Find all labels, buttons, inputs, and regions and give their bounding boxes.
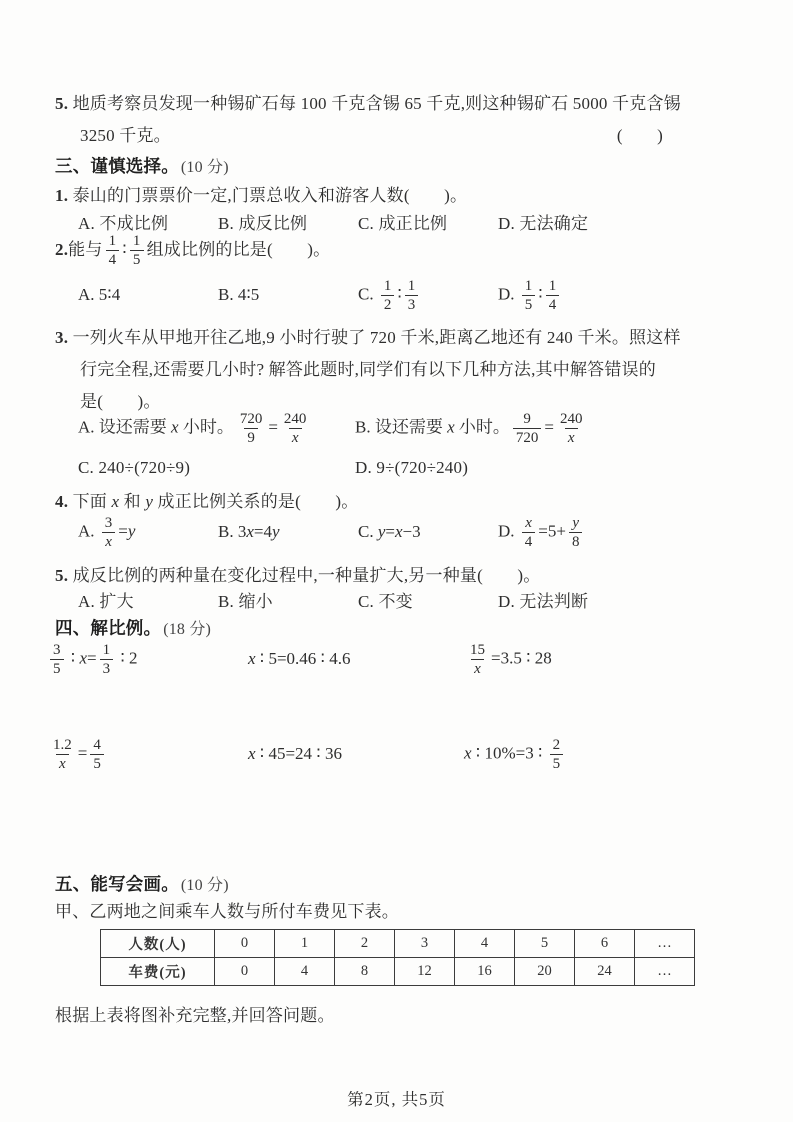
fraction: 15 [522,277,536,314]
equation-4: 1.2x=45 [47,736,248,773]
table-cell: 4 [455,930,515,958]
table-header-people: 人数(人) [101,930,215,958]
answer-bracket: ( ) [617,120,663,152]
choice-q3-line1: 3. 一列火车从甲地开往乙地,9 小时行驶了 720 千米,距离乙地还有 240… [55,322,737,354]
option-d: D. 15∶14 [498,277,737,314]
equation-6: x ∶ 10%=3 ∶ 25 [464,736,737,773]
table-cell: … [635,958,695,986]
option-b: B. 设还需要 x 小时。9720=240x [355,410,737,447]
section-5-title: 五、能写会画。 [55,874,179,894]
fare-table: 人数(人) 0 1 2 3 4 5 6 … 车费(元) 0 4 8 12 16 … [100,929,695,986]
section-3-score: (10 分) [181,159,229,176]
choice-q3-line2: 行完全程,还需要几小时? 解答此题时,同学们有以下几种方法,其中解答错误的 [80,354,737,386]
table-row-fare: 车费(元) 0 4 8 12 16 20 24 … [101,958,695,986]
option-a: A. 3x=y [78,514,218,551]
section-5-score: (10 分) [181,877,229,894]
fraction: 240x [557,410,586,447]
table-intro: 甲、乙两地之间乘车人数与所付车费见下表。 [55,896,737,928]
fraction: 12 [381,277,395,314]
fraction: y8 [569,514,583,551]
option-c: C. 240÷(720÷9) [78,452,355,484]
option-b: B. 4∶5 [218,285,358,305]
option-c: C. 12∶13 [358,277,498,314]
choice-q4-options: A. 3x=y B. 3x=4y C. y=x−3 D. x4=5+y8 [78,508,737,556]
option-a: A. 5∶4 [78,285,218,305]
worksheet-page: 5. 地质考察员发现一种锡矿石每 100 千克含锡 65 千克,则这种锡矿石 5… [0,0,793,1122]
judge-item-5-line2: 3250 千克。 ( ) [80,120,737,152]
fraction: 15 [130,232,144,269]
table-cell: 6 [575,930,635,958]
fraction: x4 [522,514,536,551]
fraction: 13 [100,641,114,678]
table-cell: … [635,930,695,958]
table-cell: 1 [275,930,335,958]
section-3-header: 三、谨慎选择。(10 分) [55,150,737,184]
equation-5: x ∶ 45=24 ∶ 36 [248,744,464,764]
fraction: 240x [281,410,310,447]
table-cell: 4 [275,958,335,986]
table-cell: 2 [335,930,395,958]
fraction: 35 [50,641,64,678]
judge-item-5-line1: 5. 地质考察员发现一种锡矿石每 100 千克含锡 65 千克,则这种锡矿石 5… [55,88,737,120]
option-a: A. 设还需要 x 小时。7209=240x [78,410,355,447]
table-cell: 24 [575,958,635,986]
choice-q3-options-ab: A. 设还需要 x 小时。7209=240x B. 设还需要 x 小时。9720… [78,404,737,452]
fraction: 25 [550,736,564,773]
equation-2: x ∶ 5=0.46 ∶ 4.6 [248,649,464,669]
table-cell: 12 [395,958,455,986]
fraction: 13 [405,277,419,314]
equation-3: 15x=3.5 ∶ 28 [464,641,737,678]
table-cell: 0 [215,930,275,958]
table-cell: 8 [335,958,395,986]
choice-q2-stem: 2. 能与14∶15组成比例的比是( )。 [55,228,737,272]
fraction: 3x [102,514,116,551]
judge-item-5: 5. 地质考察员发现一种锡矿石每 100 千克含锡 65 千克,则这种锡矿石 5… [55,88,737,152]
page-footer: 第2页, 共5页 [0,1086,793,1110]
fraction: 7209 [237,410,266,447]
option-b: B. 3x=4y [218,522,358,542]
equation-1: 35 ∶ x=13 ∶ 2 [47,641,248,678]
fraction: 1.2x [50,736,75,773]
table-cell: 5 [515,930,575,958]
choice-q3-options-cd: C. 240÷(720÷9) D. 9÷(720÷240) [78,452,737,484]
option-d: D. x4=5+y8 [498,514,737,551]
table-cell: 20 [515,958,575,986]
fraction: 9720 [513,410,542,447]
proportion-row-1: 35 ∶ x=13 ∶ 2 x ∶ 5=0.46 ∶ 4.6 15x=3.5 ∶… [47,634,737,684]
fraction: 45 [90,736,104,773]
fraction: 15x [467,641,488,678]
table-row-people: 人数(人) 0 1 2 3 4 5 6 … [101,930,695,958]
judge-item-5-line2-text: 3250 千克。 [80,120,171,152]
option-c: C. y=x−3 [358,522,498,542]
section-3-title: 三、谨慎选择。 [55,156,179,176]
choice-q2-options: A. 5∶4 B. 4∶5 C. 12∶13 D. 15∶14 [78,272,737,318]
table-header-fare: 车费(元) [101,958,215,986]
table-cell: 0 [215,958,275,986]
proportion-row-2: 1.2x=45 x ∶ 45=24 ∶ 36 x ∶ 10%=3 ∶ 25 [47,728,737,780]
option-d: D. 9÷(720÷240) [355,452,737,484]
table-instruction: 根据上表将图补充完整,并回答问题。 [55,1000,737,1032]
table-cell: 3 [395,930,455,958]
fraction: 14 [546,277,560,314]
table-cell: 16 [455,958,515,986]
fraction: 14 [106,232,120,269]
